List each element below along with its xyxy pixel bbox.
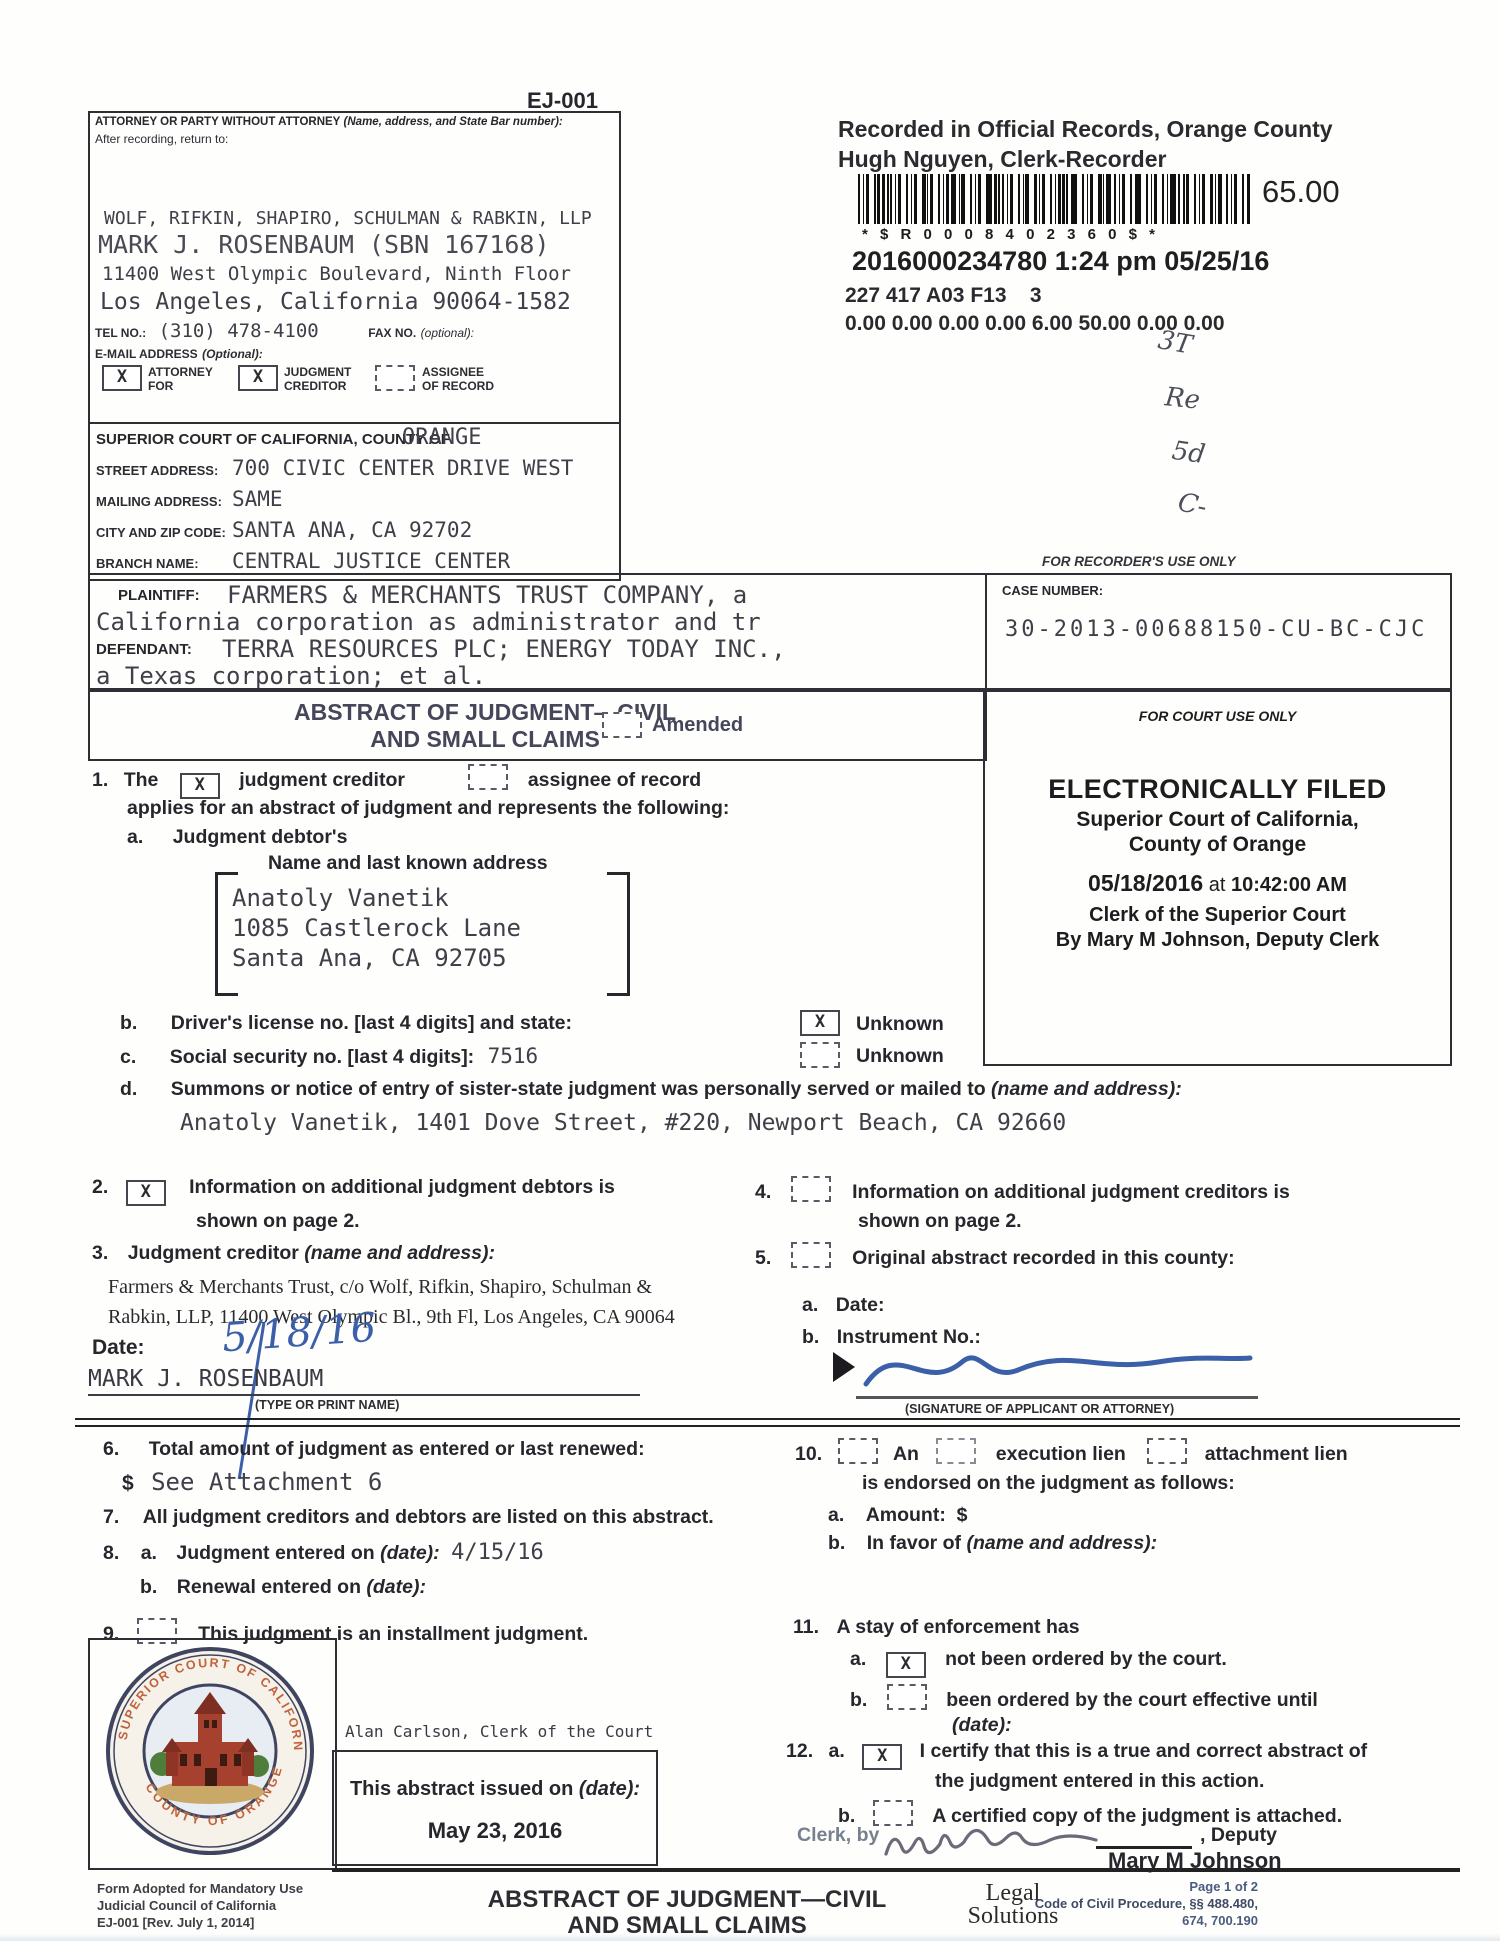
item10-exec-label: execution lien	[996, 1443, 1126, 1465]
efiled-clerk: Clerk of the Superior Court	[985, 904, 1450, 927]
item1-creditor-label: judgment creditor	[239, 769, 405, 791]
checkbox-execution-lien	[936, 1438, 976, 1464]
item5-a-label: Date:	[836, 1294, 885, 1316]
item5-row: 5. Original abstract recorded in this co…	[755, 1242, 1235, 1270]
city-zip-label: CITY AND ZIP CODE:	[96, 525, 226, 540]
checkbox-stay-not-ordered: X	[886, 1652, 926, 1678]
item3-value-2: Rabkin, LLP, 11400 West Olympic Bl., 9th…	[108, 1306, 675, 1329]
item1-name-addr-label: Name and last known address	[268, 852, 548, 875]
item10-l2: is endorsed on the judgment as follows:	[862, 1472, 1235, 1495]
court-seal: SUPERIOR COURT OF CALIFORNIA COUNTY OF O…	[92, 1642, 328, 1860]
judgment-creditor-l1: JUDGMENT	[284, 365, 351, 379]
item10-an: An	[893, 1443, 919, 1465]
item6-label: Total amount of judgment as entered or l…	[149, 1438, 645, 1460]
attorney-line-2: MARK J. ROSENBAUM (SBN 167168)	[98, 230, 550, 259]
item12-a-l2: the judgment entered in this action.	[935, 1770, 1264, 1793]
item1-d-value: Anatoly Vanetik, 1401 Dove Street, #220,…	[180, 1110, 1066, 1136]
after-recording-label: After recording, return to:	[95, 132, 228, 146]
item11-a-row: a. X not been ordered by the court.	[850, 1648, 1227, 1678]
case-number-label: CASE NUMBER:	[1002, 583, 1103, 598]
item1-num: 1.	[92, 769, 108, 791]
footer-right-block: Page 1 of 2 Code of Civil Procedure, §§ …	[1020, 1878, 1258, 1929]
checkbox-additional-creditors	[791, 1176, 831, 1202]
barcode-text: * $ R 0 0 0 8 4 0 2 3 6 0 $ *	[862, 226, 1159, 243]
issued-label-row: This abstract issued on (date):	[334, 1778, 656, 1801]
signature-pointer-icon	[833, 1352, 855, 1382]
city-zip-value: SANTA ANA, CA 92702	[232, 518, 472, 542]
scan-edge-artifact	[0, 1933, 1500, 1941]
deputy-label: , Deputy	[1200, 1824, 1277, 1847]
checkbox-assignee-label: ASSIGNEE OF RECORD	[422, 365, 494, 393]
item10-b-row: b. In favor of (name and address):	[828, 1532, 1157, 1555]
item12-a-row: 12. a. X I certify that this is a true a…	[786, 1740, 1367, 1770]
barcode	[858, 174, 1250, 224]
attorney-line-3: 11400 West Olympic Boulevard, Ninth Floo…	[102, 263, 571, 285]
email-optional: (Optional):	[202, 347, 263, 361]
debtor-name: Anatoly Vanetik	[232, 884, 449, 912]
checkbox-dl-unknown: X	[800, 1010, 840, 1036]
county-value: ORANGE	[402, 425, 481, 450]
item2-l2: shown on page 2.	[196, 1210, 360, 1233]
item4-l1: Information on additional judgment credi…	[852, 1181, 1290, 1203]
assignee-l2: OF RECORD	[422, 379, 494, 393]
item7-num: 7.	[103, 1506, 119, 1528]
item1-c-label: Social security no. [last 4 digits]:	[170, 1046, 475, 1068]
attorney-court-box: ATTORNEY OR PARTY WITHOUT ATTORNEY (Name…	[88, 111, 621, 581]
item1-c-unknown: Unknown	[856, 1045, 944, 1068]
footer-council: Judicial Council of California	[97, 1897, 303, 1914]
footer-title-1: ABSTRACT OF JUDGMENT—CIVIL	[437, 1886, 937, 1914]
tel-value: (310) 478-4100	[159, 320, 319, 342]
footer-code-1: Code of Civil Procedure, §§ 488.480,	[1020, 1895, 1258, 1912]
abstract-issued-box: This abstract issued on (date): May 23, …	[332, 1750, 658, 1866]
signature-line	[856, 1396, 1258, 1399]
issued-date: May 23, 2016	[334, 1818, 656, 1844]
item11-a-num: a.	[850, 1648, 866, 1670]
item7-label: All judgment creditors and debtors are l…	[143, 1506, 714, 1528]
item5-num: 5.	[755, 1247, 771, 1269]
efiled-county: County of Orange	[985, 833, 1450, 857]
item11-b-label: been ordered by the court effective unti…	[946, 1689, 1318, 1711]
item6-value: See Attachment 6	[151, 1468, 382, 1496]
branch-name-label: BRANCH NAME:	[96, 556, 199, 571]
fax-optional: (optional):	[421, 326, 474, 340]
item10-b-num: b.	[828, 1532, 845, 1554]
item12-a-l1: I certify that this is a true and correc…	[920, 1740, 1368, 1762]
checkbox-stay-ordered	[887, 1684, 927, 1710]
efiled-deputy: By Mary M Johnson, Deputy Clerk	[985, 929, 1450, 952]
item5-a-num: a.	[802, 1294, 818, 1316]
parties-box: PLAINTIFF: FARMERS & MERCHANTS TRUST COM…	[88, 573, 1452, 692]
item11-b-row: b. been ordered by the court effective u…	[850, 1684, 1318, 1712]
checkbox-additional-debtors: X	[126, 1180, 166, 1206]
item1-assignee-label: assignee of record	[528, 769, 701, 791]
defendant-label: DEFENDANT:	[96, 641, 192, 658]
checkbox-attorney-for-label: ATTORNEY FOR	[148, 365, 213, 393]
item1-c-value: 7516	[488, 1044, 539, 1068]
item11-label: A stay of enforcement has	[836, 1616, 1079, 1638]
item1-b-label: Driver's license no. [last 4 digits] and…	[171, 1012, 572, 1034]
item10-attach-label: attachment lien	[1205, 1443, 1348, 1465]
item1-b-unknown: Unknown	[856, 1013, 944, 1036]
clerk-signature	[880, 1816, 1100, 1870]
footer-adopted: Form Adopted for Mandatory Use	[97, 1880, 303, 1897]
footer-page: Page 1 of 2	[1020, 1878, 1258, 1895]
debtor-street: 1085 Castlerock Lane	[232, 914, 521, 942]
street-address-value: 700 CIVIC CENTER DRIVE WEST	[232, 456, 573, 480]
item10-row: 10. An execution lien attachment lien	[795, 1438, 1348, 1466]
item1-d-num: d.	[120, 1078, 137, 1100]
item5-b-num: b.	[802, 1326, 819, 1348]
issued-paren: (date):	[579, 1778, 640, 1800]
item1-row: 1. The X judgment creditor assignee of r…	[92, 764, 701, 799]
item1-c-row: c. Social security no. [last 4 digits]: …	[120, 1044, 538, 1069]
tel-fax-row: TEL NO.: (310) 478-4100 FAX NO. (optiona…	[95, 320, 474, 342]
item5-label: Original abstract recorded in this count…	[852, 1247, 1235, 1269]
efiled-court: Superior Court of California,	[985, 808, 1450, 832]
footer-rule	[332, 1868, 1460, 1872]
debtor-city: Santa Ana, CA 92705	[232, 944, 507, 972]
item6-currency: $	[122, 1472, 134, 1495]
item6-row: 6. Total amount of judgment as entered o…	[103, 1438, 645, 1461]
margin-note-3: 5d	[1170, 436, 1207, 470]
item10-a-num: a.	[828, 1504, 844, 1526]
email-row: E-MAIL ADDRESS (Optional):	[95, 345, 263, 363]
item8-a-num: a.	[141, 1542, 157, 1564]
item8-b-label: Renewal entered on	[177, 1576, 361, 1598]
attorney-caption-text: ATTORNEY OR PARTY WITHOUT ATTORNEY	[95, 116, 340, 128]
item8-a-value: 4/15/16	[451, 1540, 544, 1565]
item10-a-row: a. Amount: $	[828, 1504, 968, 1527]
plaintiff-line-2: California corporation as administrator …	[96, 608, 761, 636]
superior-court-label: SUPERIOR COURT OF CALIFORNIA, COUNTY OF	[96, 431, 450, 448]
item1-c-num: c.	[120, 1046, 136, 1068]
item10-a-label: Amount: $	[866, 1504, 968, 1526]
item10-num: 10.	[795, 1443, 822, 1465]
clerk-by-label: Clerk, by	[797, 1824, 879, 1847]
checkbox-certify: X	[862, 1744, 902, 1770]
scanned-form-page: EJ-001 ATTORNEY OR PARTY WITHOUT ATTORNE…	[0, 0, 1500, 1941]
mailing-address-label: MAILING ADDRESS:	[96, 494, 222, 509]
item10-b-paren: (name and address):	[966, 1532, 1157, 1554]
court-use-box: FOR COURT USE ONLY ELECTRONICALLY FILED …	[983, 688, 1452, 1066]
item8-a-row: 8. a. Judgment entered on (date): 4/15/1…	[103, 1540, 544, 1565]
assignee-l1: ASSIGNEE	[422, 365, 494, 379]
item11-num: 11.	[793, 1616, 819, 1638]
item4-row: 4. Information on additional judgment cr…	[755, 1176, 1290, 1204]
efiled-datetime: 05/18/2016 at 10:42:00 AM	[985, 870, 1450, 897]
item1-a-row: a. Judgment debtor's	[127, 826, 347, 849]
defendant-line-2: a Texas corporation; et al.	[96, 662, 486, 690]
item1-d-label: Summons or notice of entry of sister-sta…	[171, 1078, 986, 1100]
item2-l1: Information on additional judgment debto…	[189, 1176, 615, 1198]
attorney-for-l1: ATTORNEY	[148, 365, 213, 379]
item2-row: 2. X Information on additional judgment …	[92, 1176, 615, 1206]
item7-row: 7. All judgment creditors and debtors ar…	[103, 1506, 714, 1529]
item8-a-label: Judgment entered on	[176, 1542, 374, 1564]
debtor-bracket-right	[607, 872, 630, 996]
item8-b-paren: (date):	[366, 1576, 426, 1598]
clerk-name-line: Alan Carlson, Clerk of the Court	[345, 1722, 653, 1741]
checkbox-assignee-of-record	[375, 365, 415, 391]
checkbox-attorney-for: X	[102, 365, 142, 391]
item1-the: The	[124, 769, 159, 791]
item6-num: 6.	[103, 1438, 119, 1460]
attorney-line-1: WOLF, RIFKIN, SHAPIRO, SCHULMAN & RABKIN…	[104, 208, 592, 229]
item8-num: 8.	[103, 1542, 119, 1564]
checkbox-assignee-applies	[468, 764, 508, 790]
form-title-box: ABSTRACT OF JUDGMENT—CIVIL AND SMALL CLA…	[88, 688, 987, 761]
recorder-line-2: Hugh Nguyen, Clerk-Recorder	[838, 146, 1166, 173]
plaintiff-label: PLAINTIFF:	[118, 587, 200, 604]
item1-d-row: d. Summons or notice of entry of sister-…	[120, 1078, 1182, 1101]
fax-label: FAX NO.	[368, 326, 416, 340]
efiled-time: 10:42:00 AM	[1231, 874, 1347, 896]
recorder-doc-line: 2016000234780 1:24 pm 05/25/16	[852, 246, 1269, 277]
item2-num: 2.	[92, 1176, 108, 1198]
item11-a-label: not been ordered by the court.	[945, 1648, 1227, 1670]
recorder-code-line: 227 417 A03 F13 3	[845, 284, 1042, 308]
tel-label: TEL NO.:	[95, 326, 146, 340]
date-label: Date:	[92, 1336, 145, 1360]
item8-a-paren: (date):	[380, 1542, 440, 1564]
footer-left-block: Form Adopted for Mandatory Use Judicial …	[97, 1880, 303, 1931]
case-number-value: 30-2013-00688150-CU-BC-CJC	[1005, 617, 1427, 642]
handwritten-date: 5/18/16	[221, 1305, 378, 1362]
item8-b-num: b.	[140, 1576, 157, 1598]
recorder-line-1: Recorded in Official Records, Orange Cou…	[838, 116, 1333, 143]
item3-num: 3.	[92, 1242, 108, 1264]
checkbox-attachment-lien	[1147, 1438, 1187, 1464]
checkbox-original-abstract	[791, 1242, 831, 1268]
item1-d-paren: (name and address):	[991, 1078, 1182, 1100]
item3-row: 3. Judgment creditor (name and address):	[92, 1242, 495, 1265]
attorney-caption: ATTORNEY OR PARTY WITHOUT ATTORNEY (Name…	[95, 116, 563, 128]
item10-b-label: In favor of	[867, 1532, 961, 1554]
email-label: E-MAIL ADDRESS	[95, 347, 198, 361]
item8-b-row: b. Renewal entered on (date):	[140, 1576, 426, 1599]
item1-a-num: a.	[127, 826, 143, 848]
checkbox-judgment-creditor-applies: X	[180, 773, 220, 799]
issued-label: This abstract issued on	[350, 1778, 573, 1800]
efiled-at: at	[1209, 874, 1226, 896]
applicant-signature	[858, 1336, 1258, 1398]
checkbox-amended	[602, 712, 642, 738]
section-divider	[75, 1418, 1460, 1427]
mailing-address-value: SAME	[232, 487, 283, 511]
margin-note-4: C-	[1175, 487, 1209, 522]
item11-b-paren: (date):	[952, 1714, 1012, 1737]
item1-applies: applies for an abstract of judgment and …	[127, 797, 729, 820]
item6-value-row: $ See Attachment 6	[122, 1468, 382, 1496]
item11-row: 11. A stay of enforcement has	[793, 1616, 1080, 1639]
checkbox-judgment-creditor: X	[238, 365, 278, 391]
attorney-line-4: Los Angeles, California 90064-1582	[100, 289, 571, 315]
amended-label: Amended	[652, 714, 743, 737]
printed-name: MARK J. ROSENBAUM	[88, 1366, 323, 1392]
attorney-caption-paren: (Name, address, and State Bar number):	[344, 116, 563, 128]
street-address-label: STREET ADDRESS:	[96, 463, 218, 478]
printed-name-caption: (TYPE OR PRINT NAME)	[255, 1398, 399, 1412]
item4-l2: shown on page 2.	[858, 1210, 1022, 1233]
footer-code-2: 674, 700.190	[1020, 1912, 1258, 1929]
checkbox-lien	[838, 1438, 878, 1464]
checkbox-ssn-unknown	[800, 1042, 840, 1068]
defendant-line-1: TERRA RESOURCES PLC; ENERGY TODAY INC.,	[222, 635, 786, 663]
signature-caption: (SIGNATURE OF APPLICANT OR ATTORNEY)	[905, 1402, 1174, 1416]
item12-a-num: a.	[829, 1740, 845, 1762]
judgment-creditor-l2: CREDITOR	[284, 379, 351, 393]
court-use-label: FOR COURT USE ONLY	[985, 708, 1450, 724]
branch-name-value: CENTRAL JUSTICE CENTER	[232, 549, 510, 573]
item1-b-num: b.	[120, 1012, 137, 1034]
checkbox-judgment-creditor-label: JUDGMENT CREDITOR	[284, 365, 351, 393]
item5-a-row: a. Date:	[802, 1294, 884, 1317]
item11-b-num: b.	[850, 1689, 867, 1711]
attorney-for-l2: FOR	[148, 379, 213, 393]
item3-paren: (name and address):	[304, 1242, 495, 1264]
efiled-date: 05/18/2016	[1088, 870, 1203, 896]
recorder-use-only-label: FOR RECORDER'S USE ONLY	[1042, 554, 1235, 569]
plaintiff-line-1: FARMERS & MERCHANTS TRUST COMPANY, a	[227, 581, 747, 609]
item4-num: 4.	[755, 1181, 771, 1203]
recorder-fee: 65.00	[1262, 174, 1340, 210]
court-seal-box: SUPERIOR COURT OF CALIFORNIA COUNTY OF O…	[88, 1638, 337, 1870]
item1-a-label: Judgment debtor's	[173, 826, 348, 848]
margin-note-1: 3T	[1156, 325, 1195, 360]
item1-b-row: b. Driver's license no. [last 4 digits] …	[120, 1012, 572, 1035]
item3-label: Judgment creditor	[128, 1242, 299, 1264]
printed-name-line	[88, 1394, 640, 1396]
item12-num: 12.	[786, 1740, 813, 1762]
margin-note-2: Re	[1164, 382, 1202, 415]
item3-value-1: Farmers & Merchants Trust, c/o Wolf, Rif…	[108, 1276, 652, 1299]
efiled-title: ELECTRONICALLY FILED	[985, 774, 1450, 805]
footer-revision: EJ-001 [Rev. July 1, 2014]	[97, 1914, 303, 1931]
